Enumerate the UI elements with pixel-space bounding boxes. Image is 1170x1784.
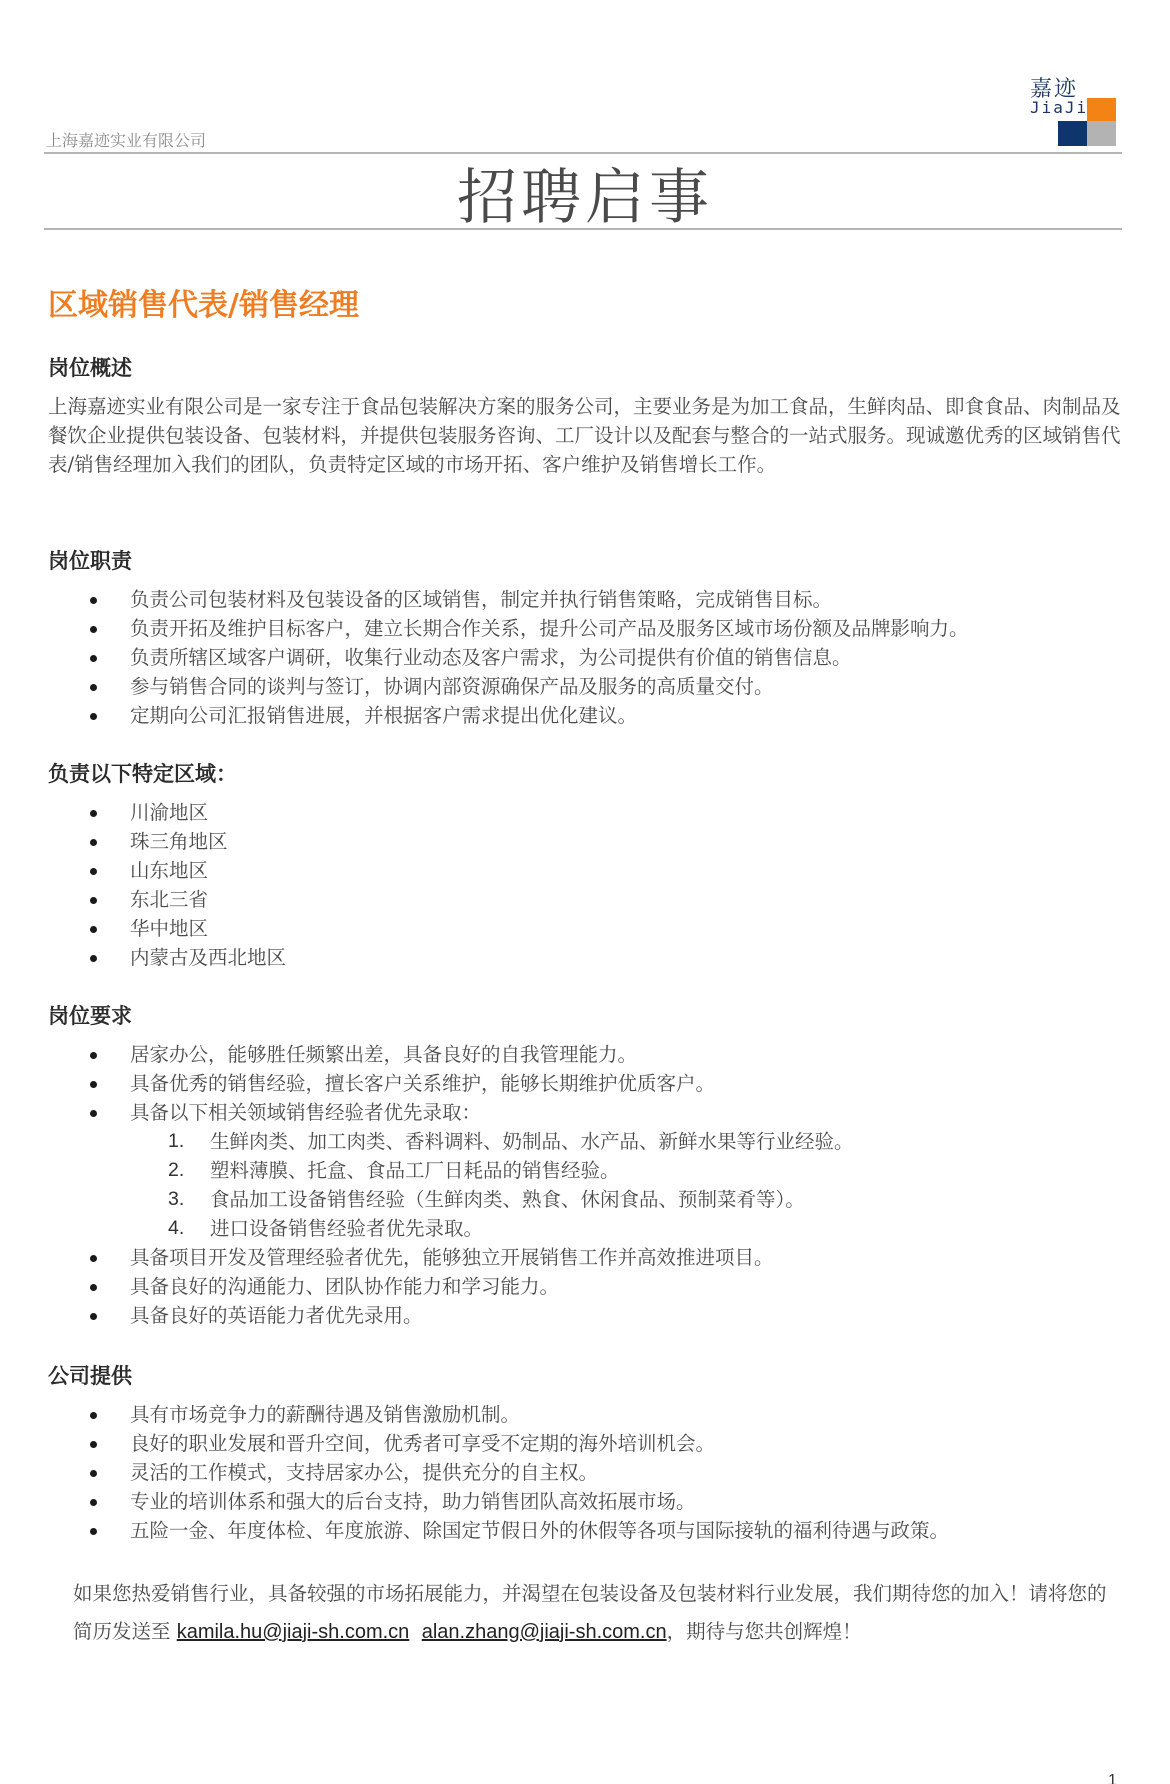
list-item: 川渝地区: [0, 798, 286, 827]
list-item-text: 负责公司包装材料及包装设备的区域销售，制定并执行销售策略，完成销售目标。: [130, 588, 832, 611]
list-item: 具有市场竞争力的薪酬待遇及销售激励机制。: [0, 1400, 949, 1429]
item-number: 1.: [168, 1127, 184, 1156]
list-item-text: 良好的职业发展和晋升空间，优秀者可享受不定期的海外培训机会。: [130, 1432, 715, 1455]
bullet-icon: [90, 1313, 97, 1320]
bullet-icon: [90, 1412, 97, 1419]
list-item-text: 五险一金、年度体检、年度旅游、除国定节假日外的休假等各项与国际接轨的福利待遇与政…: [130, 1519, 949, 1542]
bullet-icon: [90, 1081, 97, 1088]
section-heading-requirements: 岗位要求: [48, 1000, 132, 1030]
bullet-icon: [90, 597, 97, 604]
bullet-icon: [90, 655, 97, 662]
list-item: 华中地区: [0, 914, 286, 943]
list-item: 负责所辖区域客户调研，收集行业动态及客户需求，为公司提供有价值的销售信息。: [0, 643, 969, 672]
item-number: 2.: [168, 1156, 184, 1185]
bullet-icon: [90, 684, 97, 691]
numbered-item-text: 进口设备销售经验者优先录取。: [210, 1217, 483, 1240]
numbered-item-text: 塑料薄膜、托盒、食品工厂日耗品的销售经验。: [210, 1159, 620, 1182]
list-item-text: 专业的培训体系和强大的后台支持，助力销售团队高效拓展市场。: [130, 1490, 696, 1513]
list-item-text: 具有市场竞争力的薪酬待遇及销售激励机制。: [130, 1403, 520, 1426]
logo-gray-square: [1087, 121, 1116, 146]
bullet-icon: [90, 1255, 97, 1262]
list-item-text: 具备以下相关领域销售经验者优先录取：: [130, 1101, 481, 1124]
bullet-icon: [90, 1110, 97, 1117]
numbered-item: 1.生鲜肉类、加工肉类、香料调料、奶制品、水产品、新鲜水果等行业经验。: [0, 1127, 854, 1156]
list-item: 五险一金、年度体检、年度旅游、除国定节假日外的休假等各项与国际接轨的福利待遇与政…: [0, 1516, 949, 1545]
list-item-text: 具备良好的沟通能力、团队协作能力和学习能力。: [130, 1275, 559, 1298]
document-title-text: 招聘启事: [457, 150, 713, 236]
list-item-text: 川渝地区: [130, 801, 208, 824]
bullet-icon: [90, 926, 97, 933]
list-item: 珠三角地区: [0, 827, 286, 856]
closing-paragraph: 如果您热爱销售行业，具备较强的市场拓展能力，并渴望在包装设备及包装材料行业发展，…: [73, 1575, 1123, 1651]
bullet-icon: [90, 713, 97, 720]
list-item-text: 负责所辖区域客户调研，收集行业动态及客户需求，为公司提供有价值的销售信息。: [130, 646, 852, 669]
list-item-text: 具备项目开发及管理经验者优先，能够独立开展销售工作并高效推进项目。: [130, 1246, 774, 1269]
bullet-icon: [90, 868, 97, 875]
list-item-text: 定期向公司汇报销售进展，并根据客户需求提出优化建议。: [130, 704, 637, 727]
bullet-icon: [90, 1052, 97, 1059]
overview-paragraph: 上海嘉迹实业有限公司是一家专注于食品包装解决方案的服务公司，主要业务是为加工食品…: [48, 392, 1128, 479]
list-item: 东北三省: [0, 885, 286, 914]
list-item-text: 东北三省: [130, 888, 208, 911]
list-item: 参与销售合同的谈判与签订，协调内部资源确保产品及服务的高质量交付。: [0, 672, 969, 701]
bullet-icon: [90, 1470, 97, 1477]
email-link-alan[interactable]: alan.zhang@jiaji-sh.com.cn: [422, 1621, 667, 1643]
logo-navy-square: [1058, 121, 1087, 146]
bullet-icon: [90, 626, 97, 633]
preferred-experience-list: 1.生鲜肉类、加工肉类、香料调料、奶制品、水产品、新鲜水果等行业经验。 2.塑料…: [0, 1127, 854, 1243]
list-item: 山东地区: [0, 856, 286, 885]
list-item: 具备以下相关领域销售经验者优先录取：: [0, 1098, 854, 1127]
section-heading-benefits: 公司提供: [48, 1360, 132, 1390]
list-item-text: 山东地区: [130, 859, 208, 882]
bullet-icon: [90, 955, 97, 962]
list-item: 具备优秀的销售经验，擅长客户关系维护，能够长期维护优质客户。: [0, 1069, 854, 1098]
list-item-text: 珠三角地区: [130, 830, 228, 853]
list-item: 专业的培训体系和强大的后台支持，助力销售团队高效拓展市场。: [0, 1487, 949, 1516]
list-item: 负责开拓及维护目标客户，建立长期合作关系，提升公司产品及服务区域市场份额及品牌影…: [0, 614, 969, 643]
logo-english-text: JiaJi: [1030, 98, 1088, 117]
list-item: 良好的职业发展和晋升空间，优秀者可享受不定期的海外培训机会。: [0, 1429, 949, 1458]
document-title: 招聘启事: [0, 150, 1170, 236]
header-company-name: 上海嘉迹实业有限公司: [46, 128, 206, 151]
numbered-item: 2.塑料薄膜、托盒、食品工厂日耗品的销售经验。: [0, 1156, 854, 1185]
list-item-text: 居家办公，能够胜任频繁出差，具备良好的自我管理能力。: [130, 1043, 637, 1066]
section-heading-duties: 岗位职责: [48, 545, 132, 575]
item-number: 3.: [168, 1185, 184, 1214]
regions-list: 川渝地区 珠三角地区 山东地区 东北三省 华中地区 内蒙古及西北地区: [0, 798, 286, 972]
page-number: 1: [1108, 1772, 1117, 1784]
list-item-text: 内蒙古及西北地区: [130, 946, 286, 969]
list-item: 具备良好的沟通能力、团队协作能力和学习能力。: [0, 1272, 854, 1301]
section-heading-overview: 岗位概述: [48, 352, 132, 382]
list-item: 具备项目开发及管理经验者优先，能够独立开展销售工作并高效推进项目。: [0, 1243, 854, 1272]
closing-text-after: ，期待与您共创辉煌！: [667, 1620, 862, 1643]
numbered-item: 3.食品加工设备销售经验（生鲜肉类、熟食、休闲食品、预制菜肴等）。: [0, 1185, 854, 1214]
duties-list: 负责公司包装材料及包装设备的区域销售，制定并执行销售策略，完成销售目标。 负责开…: [0, 585, 969, 730]
bullet-icon: [90, 1528, 97, 1535]
logo-orange-square: [1087, 98, 1116, 121]
email-link-kamila[interactable]: kamila.hu@jiaji-sh.com.cn: [177, 1621, 410, 1643]
list-item: 具备良好的英语能力者优先录用。: [0, 1301, 854, 1330]
list-item-text: 具备良好的英语能力者优先录用。: [130, 1304, 423, 1327]
list-item-text: 参与销售合同的谈判与签订，协调内部资源确保产品及服务的高质量交付。: [130, 675, 774, 698]
list-item: 定期向公司汇报销售进展，并根据客户需求提出优化建议。: [0, 701, 969, 730]
section-heading-regions: 负责以下特定区域：: [48, 758, 237, 788]
company-logo: 嘉迹 JiaJi: [1030, 72, 1120, 152]
list-item: 内蒙古及西北地区: [0, 943, 286, 972]
sub-list-container: 1.生鲜肉类、加工肉类、香料调料、奶制品、水产品、新鲜水果等行业经验。 2.塑料…: [0, 1127, 854, 1243]
numbered-item-text: 食品加工设备销售经验（生鲜肉类、熟食、休闲食品、预制菜肴等）。: [210, 1188, 805, 1211]
header-divider-bottom: [44, 228, 1122, 230]
requirements-list: 居家办公，能够胜任频繁出差，具备良好的自我管理能力。 具备优秀的销售经验，擅长客…: [0, 1040, 854, 1330]
bullet-icon: [90, 1441, 97, 1448]
numbered-item-text: 生鲜肉类、加工肉类、香料调料、奶制品、水产品、新鲜水果等行业经验。: [210, 1130, 854, 1153]
numbered-item: 4.进口设备销售经验者优先录取。: [0, 1214, 854, 1243]
list-item-text: 负责开拓及维护目标客户，建立长期合作关系，提升公司产品及服务区域市场份额及品牌影…: [130, 617, 969, 640]
list-item: 负责公司包装材料及包装设备的区域销售，制定并执行销售策略，完成销售目标。: [0, 585, 969, 614]
list-item: 居家办公，能够胜任频繁出差，具备良好的自我管理能力。: [0, 1040, 854, 1069]
bullet-icon: [90, 839, 97, 846]
item-number: 4.: [168, 1214, 184, 1243]
bullet-icon: [90, 897, 97, 904]
list-item-text: 灵活的工作模式，支持居家办公，提供充分的自主权。: [130, 1461, 598, 1484]
benefits-list: 具有市场竞争力的薪酬待遇及销售激励机制。 良好的职业发展和晋升空间，优秀者可享受…: [0, 1400, 949, 1545]
list-item-text: 具备优秀的销售经验，擅长客户关系维护，能够长期维护优质客户。: [130, 1072, 715, 1095]
job-title: 区域销售代表/销售经理: [48, 280, 359, 324]
list-item-text: 华中地区: [130, 917, 208, 940]
list-item: 灵活的工作模式，支持居家办公，提供充分的自主权。: [0, 1458, 949, 1487]
bullet-icon: [90, 1284, 97, 1291]
bullet-icon: [90, 1499, 97, 1506]
bullet-icon: [90, 810, 97, 817]
